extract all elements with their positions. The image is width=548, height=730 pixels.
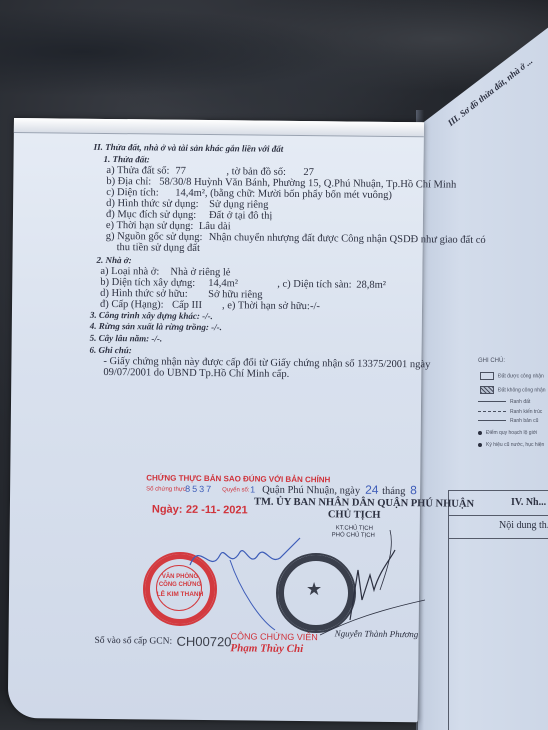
legend-item: Đất không công nhận: [480, 386, 546, 394]
section-iv-title: IV. Nh...: [511, 498, 546, 508]
dashed-line-icon: [478, 411, 506, 412]
legend-title: GHI CHÚ:: [478, 358, 505, 364]
production-forest: 4. Rừng sản xuất là rừng trồng: -/-.: [90, 322, 222, 332]
origin-value-cont: thu tiền sử dụng đất: [117, 243, 200, 254]
certification-date: 22 -11- 2021: [186, 505, 248, 517]
own-term-value: -/-: [310, 302, 320, 313]
bullet-icon: [478, 443, 482, 447]
legend-item: Ranh đất: [478, 399, 530, 405]
issue-place: Quận Phú Nhuận, ngày: [262, 486, 360, 498]
issue-month: 8: [410, 484, 417, 496]
own-term-label: , e) Thời hạn sở hữu:: [222, 301, 310, 312]
page-top-strip: [14, 118, 424, 137]
notes-heading: 6. Ghi chú:: [90, 346, 132, 355]
unrecognized-land-icon: [480, 386, 494, 394]
section-ii-title: II. Thửa đất, nhà ở và tài sản khác gắn …: [94, 143, 284, 154]
floor-area-value: 28,8m²: [356, 281, 386, 292]
bullet-icon: [478, 431, 482, 435]
certification-number-label: Số chứng thực: [146, 486, 186, 492]
legend-item: Ranh bản cũ: [478, 418, 538, 424]
blue-signature: [150, 530, 310, 640]
book-label: Quyển số:: [222, 487, 249, 493]
floor-area-label: , c) Diện tích sàn:: [277, 280, 351, 291]
old-boundary-line-icon: [478, 420, 506, 421]
area-value: 14,4m², (bằng chữ: Mười bốn phẩy bốn mét…: [175, 189, 392, 202]
content-label: Nội dung th...: [499, 521, 548, 531]
issue-month-label: tháng: [382, 487, 405, 498]
parcel-number: 77: [175, 167, 186, 178]
origin-value: Nhận chuyển nhượng đất được Công nhận QS…: [209, 233, 486, 246]
perennial-trees: 5. Cây lâu năm: -/-.: [90, 334, 163, 344]
legend-item: Điểm quy hoạch lộ giới: [478, 430, 537, 436]
map-sheet-number: 27: [303, 168, 314, 179]
certification-title: CHỨNG THỰC BẢN SAO ĐÚNG VỚI BẢN CHÍNH: [146, 474, 330, 484]
notes-line-2: 09/07/2001 do UBND Tp.Hồ Chí Minh cấp.: [103, 368, 289, 380]
certification-date-label: Ngày:: [152, 504, 183, 515]
book-number: 1: [250, 485, 255, 494]
authority: TM. ỦY BAN NHÂN DÂN QUẬN PHÚ NHUẬN: [254, 498, 474, 511]
legend-item: Đất được công nhận: [480, 372, 544, 380]
black-signature: [300, 530, 430, 640]
notary-name: Phạm Thùy Chi: [230, 643, 303, 655]
house-heading: 2. Nhà ở:: [96, 256, 131, 265]
issue-day: 24: [365, 484, 378, 496]
chair-title: CHỦ TỊCH: [328, 510, 381, 521]
legend-item: Ký hiệu cũ nước, hục hiện: [478, 442, 544, 448]
section-iv-table: IV. Nh... Nội dung th...: [448, 490, 548, 730]
land-heading: 1. Thửa đất:: [104, 155, 150, 164]
recognized-land-icon: [480, 372, 494, 380]
other-construction: 3. Công trình xây dựng khác: -/-.: [90, 311, 213, 321]
legend-item: Ranh kiến trúc: [478, 409, 542, 415]
boundary-line-icon: [478, 401, 506, 402]
certification-number: 8537: [185, 485, 213, 494]
